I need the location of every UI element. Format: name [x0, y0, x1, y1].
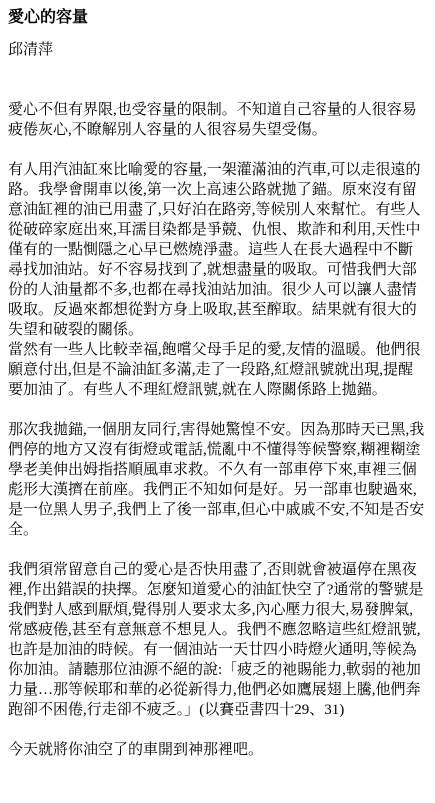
paragraph-intro: 愛心不但有界限,也受容量的限制。不知道自己容量的人很容易疲倦灰心,不瞭解別人容量… — [8, 100, 427, 140]
paragraph-breakdown-story: 那次我拋錨,一個朋友同行,害得她驚惶不安。因為那時天已黑,我們停的地方又沒有街燈… — [8, 420, 427, 540]
paragraph-closing: 今天就將你油空了的車開到神那裡吧。 — [8, 740, 427, 760]
paragraph-fortunate-people: 當然有一些人比較幸福,飽嚐父母手足的愛,友情的溫暖。他們很願意付出,但是不論油缸… — [8, 340, 427, 400]
paragraph-fuel-tank-analogy: 有人用汽油缸來比喻愛的容量,一架灌滿油的汽車,可以走很遠的路。我學會開車以後,第… — [8, 160, 427, 340]
document-title: 愛心的容量 — [8, 8, 427, 28]
document-page: 愛心的容量 邱清萍 愛心不但有界限,也受容量的限制。不知道自己容量的人很容易疲倦… — [0, 0, 435, 803]
author-name: 邱清萍 — [8, 40, 427, 60]
paragraph-warning-signs: 我們須常留意自己的愛心是否快用盡了,否則就會被逼停在黑夜裡,作出錯誤的抉擇。怎麼… — [8, 560, 427, 720]
